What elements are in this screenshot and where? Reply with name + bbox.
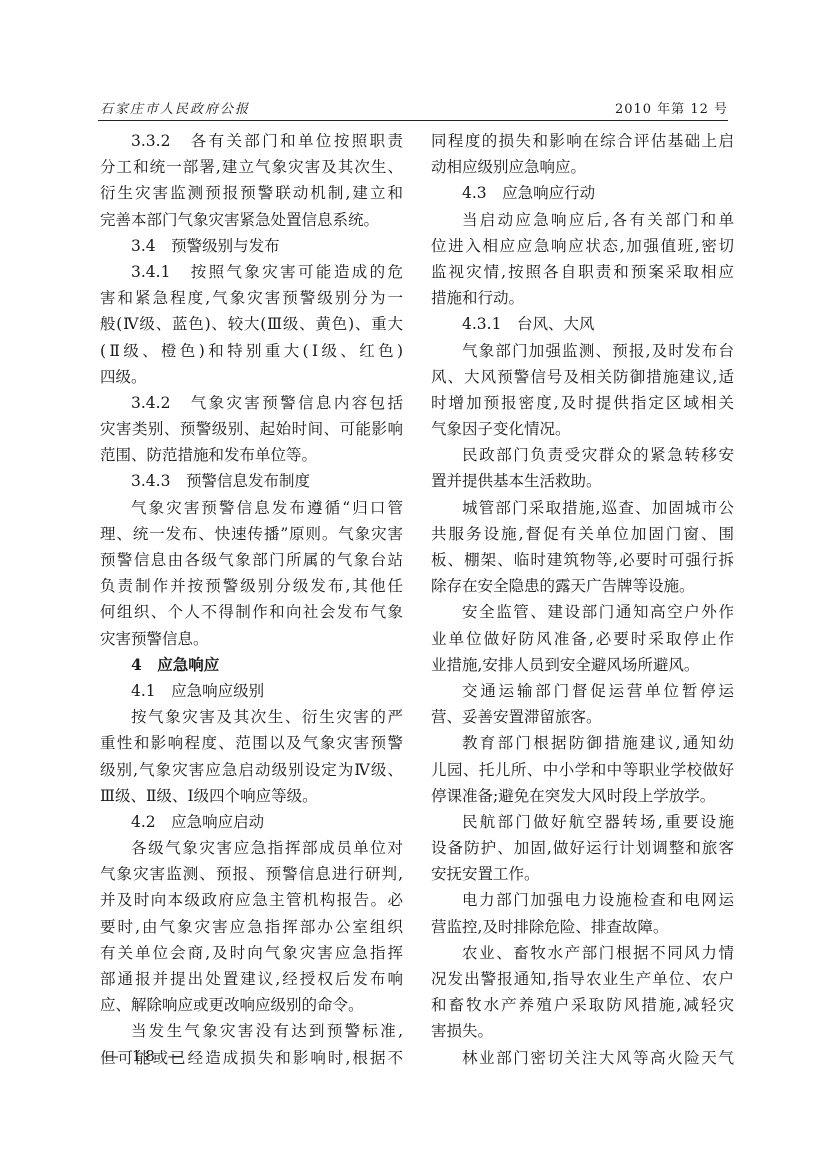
text-line: 林业部门密切关注大风等高火险天气 bbox=[431, 1045, 734, 1071]
issue-number: 2010 年第 12 号 bbox=[615, 98, 728, 117]
text-line: 4 应急响应 bbox=[100, 652, 403, 678]
text-line: 范围、防范措施和发布单位等。 bbox=[100, 442, 403, 468]
text-line: (Ⅱ级、橙色)和特别重大(Ⅰ级、红色) bbox=[100, 338, 403, 364]
text-line: 民政部门负责受灾群众的紧急转移安 bbox=[431, 442, 734, 468]
text-line: 交通运输部门督促运营单位暂停运 bbox=[431, 678, 734, 704]
text-line: 分工和统一部署,建立气象灾害及其次生、 bbox=[100, 154, 403, 180]
text-line: 城管部门采取措施,巡查、加固城市公 bbox=[431, 495, 734, 521]
text-line: 同程度的损失和影响在综合评估基础上启 bbox=[431, 128, 734, 154]
text-line: 要时,由气象灾害应急指挥部办公室组织 bbox=[100, 914, 403, 940]
text-line: 害损失。 bbox=[431, 1018, 734, 1044]
text-line: 气象部门加强监测、预报,及时发布台 bbox=[431, 338, 734, 364]
text-line: 四级。 bbox=[100, 364, 403, 390]
text-line: 各级气象灾害应急指挥部成员单位对 bbox=[100, 835, 403, 861]
text-line: 监视灾情,按照各自职责和预案采取相应 bbox=[431, 259, 734, 285]
text-line: 措施和行动。 bbox=[431, 285, 734, 311]
text-line: 灾害预警信息。 bbox=[100, 626, 403, 652]
text-line: 安抚安置工作。 bbox=[431, 861, 734, 887]
text-line: 重性和影响程度、范围以及气象灾害预警 bbox=[100, 730, 403, 756]
text-line: 时增加预报密度,及时提供指定区域相关 bbox=[431, 390, 734, 416]
text-line: 3.3.2 各有关部门和单位按照职责 bbox=[100, 128, 403, 154]
publication-title: 石家庄市人民政府公报 bbox=[100, 98, 250, 117]
text-line: 理、统一发布、快速传播”原则。气象灾害 bbox=[100, 521, 403, 547]
text-line: 风、大风预警信号及相关防御措施建议,适 bbox=[431, 364, 734, 390]
text-line: 营监控,及时排除危险、排查故障。 bbox=[431, 914, 734, 940]
text-line: 4.2 应急响应启动 bbox=[100, 809, 403, 835]
text-line: 民航部门做好航空器转场,重要设施 bbox=[431, 809, 734, 835]
text-line: 教育部门根据防御措施建议,通知幼 bbox=[431, 730, 734, 756]
text-line: 除存在安全隐患的露天广告牌等设施。 bbox=[431, 573, 734, 599]
text-line: 应、解除响应或更改响应级别的命令。 bbox=[100, 992, 403, 1018]
text-line: 况发出警报通知,指导农业生产单位、农户 bbox=[431, 966, 734, 992]
text-line: 和畜牧水产养殖户采取防风措施,减轻灾 bbox=[431, 992, 734, 1018]
right-column: 同程度的损失和影响在综合评估基础上启动相应级别应急响应。4.3 应急响应行动当启… bbox=[431, 128, 734, 1071]
text-line: 4.1 应急响应级别 bbox=[100, 678, 403, 704]
text-line: 共服务设施,督促有关单位加固门窗、围 bbox=[431, 521, 734, 547]
text-line: 有关单位会商,及时向气象灾害应急指挥 bbox=[100, 940, 403, 966]
text-line: 何组织、个人不得制作和向社会发布气象 bbox=[100, 599, 403, 625]
text-line: 电力部门加强电力设施检查和电网运 bbox=[431, 887, 734, 913]
text-line: 3.4 预警级别与发布 bbox=[100, 233, 403, 259]
text-line: 业措施,安排人员到安全避风场所避风。 bbox=[431, 652, 734, 678]
text-line: 儿园、托儿所、中小学和中等职业学校做好 bbox=[431, 757, 734, 783]
text-line: 位进入相应应急响应状态,加强值班,密切 bbox=[431, 233, 734, 259]
text-line: 3.4.3 预警信息发布制度 bbox=[100, 468, 403, 494]
running-header: 石家庄市人民政府公报 2010 年第 12 号 bbox=[98, 96, 728, 121]
text-line: 气象因子变化情况。 bbox=[431, 416, 734, 442]
text-line: 3.4.1 按照气象灾害可能造成的危 bbox=[100, 259, 403, 285]
text-line: 业单位做好防风准备,必要时采取停止作 bbox=[431, 626, 734, 652]
text-line: 负责制作并按预警级别分级发布,其他任 bbox=[100, 573, 403, 599]
text-line: 4.3.1 台风、大风 bbox=[431, 311, 734, 337]
text-line: 般(Ⅳ级、蓝色)、较大(Ⅲ级、黄色)、重大 bbox=[100, 311, 403, 337]
text-line: 预警信息由各级气象部门所属的气象台站 bbox=[100, 547, 403, 573]
text-line: 安全监管、建设部门通知高空户外作 bbox=[431, 599, 734, 625]
text-line: 灾害类别、预警级别、起始时间、可能影响 bbox=[100, 416, 403, 442]
text-line: 农业、畜牧水产部门根据不同风力情 bbox=[431, 940, 734, 966]
text-line: 气象灾害监测、预报、预警信息进行研判, bbox=[100, 861, 403, 887]
text-line: 并及时向本级政府应急主管机构报告。必 bbox=[100, 887, 403, 913]
text-line: 完善本部门气象灾害紧急处置信息系统。 bbox=[100, 207, 403, 233]
text-line: 4.3 应急响应行动 bbox=[431, 180, 734, 206]
page-number: — 18 — bbox=[104, 1047, 187, 1065]
text-line: 当启动应急响应后,各有关部门和单 bbox=[431, 207, 734, 233]
text-line: 板、棚架、临时建筑物等,必要时可强行拆 bbox=[431, 547, 734, 573]
text-line: 设备防护、加固,做好运行计划调整和旅客 bbox=[431, 835, 734, 861]
text-line: 部通报并提出处置建议,经授权后发布响 bbox=[100, 966, 403, 992]
text-line: 3.4.2 气象灾害预警信息内容包括 bbox=[100, 390, 403, 416]
text-line: 衍生灾害监测预报预警联动机制,建立和 bbox=[100, 180, 403, 206]
text-line: 害和紧急程度,气象灾害预警级别分为一 bbox=[100, 285, 403, 311]
text-line: 气象灾害预警信息发布遵循“归口管 bbox=[100, 495, 403, 521]
text-line: 置并提供基本生活救助。 bbox=[431, 468, 734, 494]
left-column: 3.3.2 各有关部门和单位按照职责分工和统一部署,建立气象灾害及其次生、衍生灾… bbox=[100, 128, 403, 1071]
text-line: Ⅲ级、Ⅱ级、Ⅰ级四个响应等级。 bbox=[100, 783, 403, 809]
text-line: 动相应级别应急响应。 bbox=[431, 154, 734, 180]
text-line: 停课准备;避免在突发大风时段上学放学。 bbox=[431, 783, 734, 809]
text-line: 级别,气象灾害应急启动级别设定为Ⅳ级、 bbox=[100, 757, 403, 783]
text-line: 营、妥善安置滞留旅客。 bbox=[431, 704, 734, 730]
text-line: 按气象灾害及其次生、衍生灾害的严 bbox=[100, 704, 403, 730]
text-line: 当发生气象灾害没有达到预警标准, bbox=[100, 1018, 403, 1044]
